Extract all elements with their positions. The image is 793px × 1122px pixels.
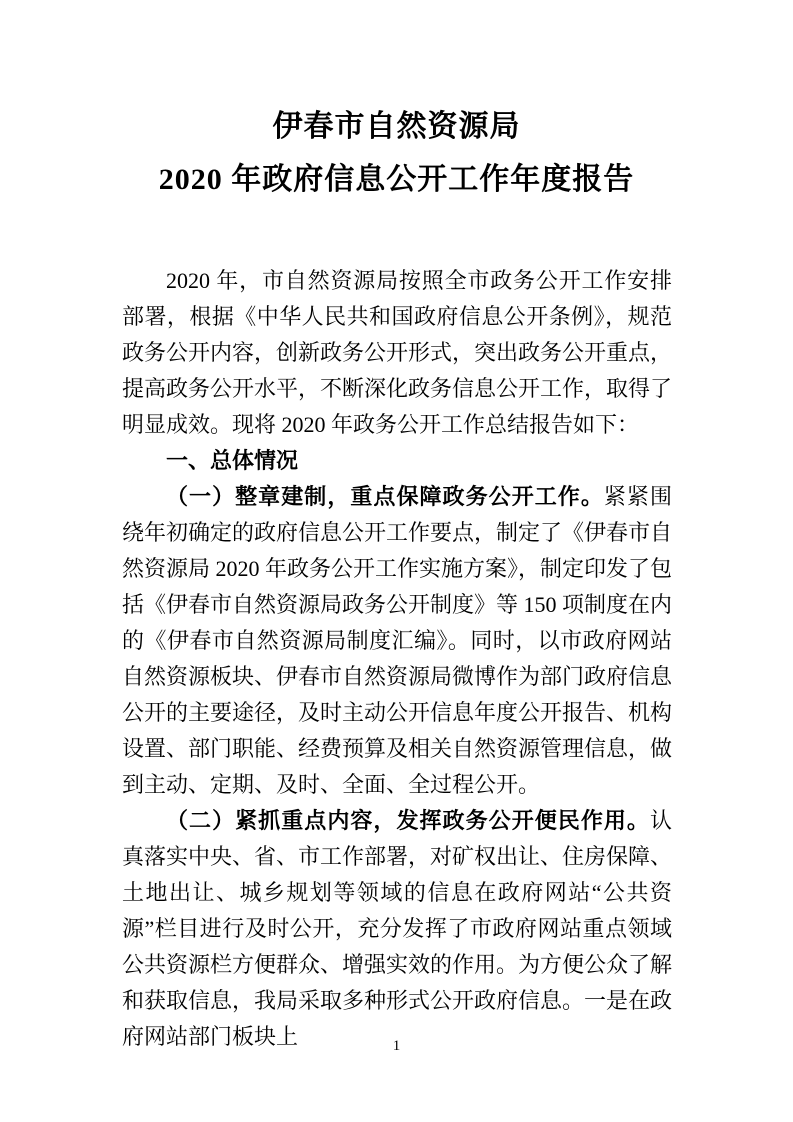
document-page: 伊春市自然资源局 2020 年政府信息公开工作年度报告 2020 年，市自然资源… — [0, 0, 793, 1122]
page-number: 1 — [0, 1036, 793, 1056]
subsection-1-heading: （一）整章建制，重点保障政务公开工作。 — [166, 484, 604, 509]
document-title-line2: 2020 年政府信息公开工作年度报告 — [0, 153, 793, 206]
subsection-2-paragraph: （二）紧抓重点内容，发挥政务公开便民作用。认真落实中央、省、市工作部署，对矿权出… — [122, 803, 672, 1055]
document-body: 2020 年，市自然资源局按照全市政务公开工作安排部署，根据《中华人民共和国政府… — [122, 263, 672, 1055]
document-title-line1: 伊春市自然资源局 — [0, 100, 793, 153]
title-block: 伊春市自然资源局 2020 年政府信息公开工作年度报告 — [0, 0, 793, 206]
section-heading-overall-situation: 一、总体情况 — [122, 443, 672, 479]
intro-paragraph: 2020 年，市自然资源局按照全市政务公开工作安排部署，根据《中华人民共和国政府… — [122, 263, 672, 443]
subsection-2-text: 认真落实中央、省、市工作部署，对矿权出让、住房保障、土地出让、城乡规划等领域的信… — [122, 808, 672, 1049]
subsection-2-heading: （二）紧抓重点内容，发挥政务公开便民作用。 — [166, 808, 650, 833]
subsection-1-paragraph: （一）整章建制，重点保障政务公开工作。紧紧围绕年初确定的政府信息公开工作要点，制… — [122, 479, 672, 803]
subsection-1-text: 紧紧围绕年初确定的政府信息公开工作要点，制定了《伊春市自然资源局 2020 年政… — [122, 484, 672, 797]
